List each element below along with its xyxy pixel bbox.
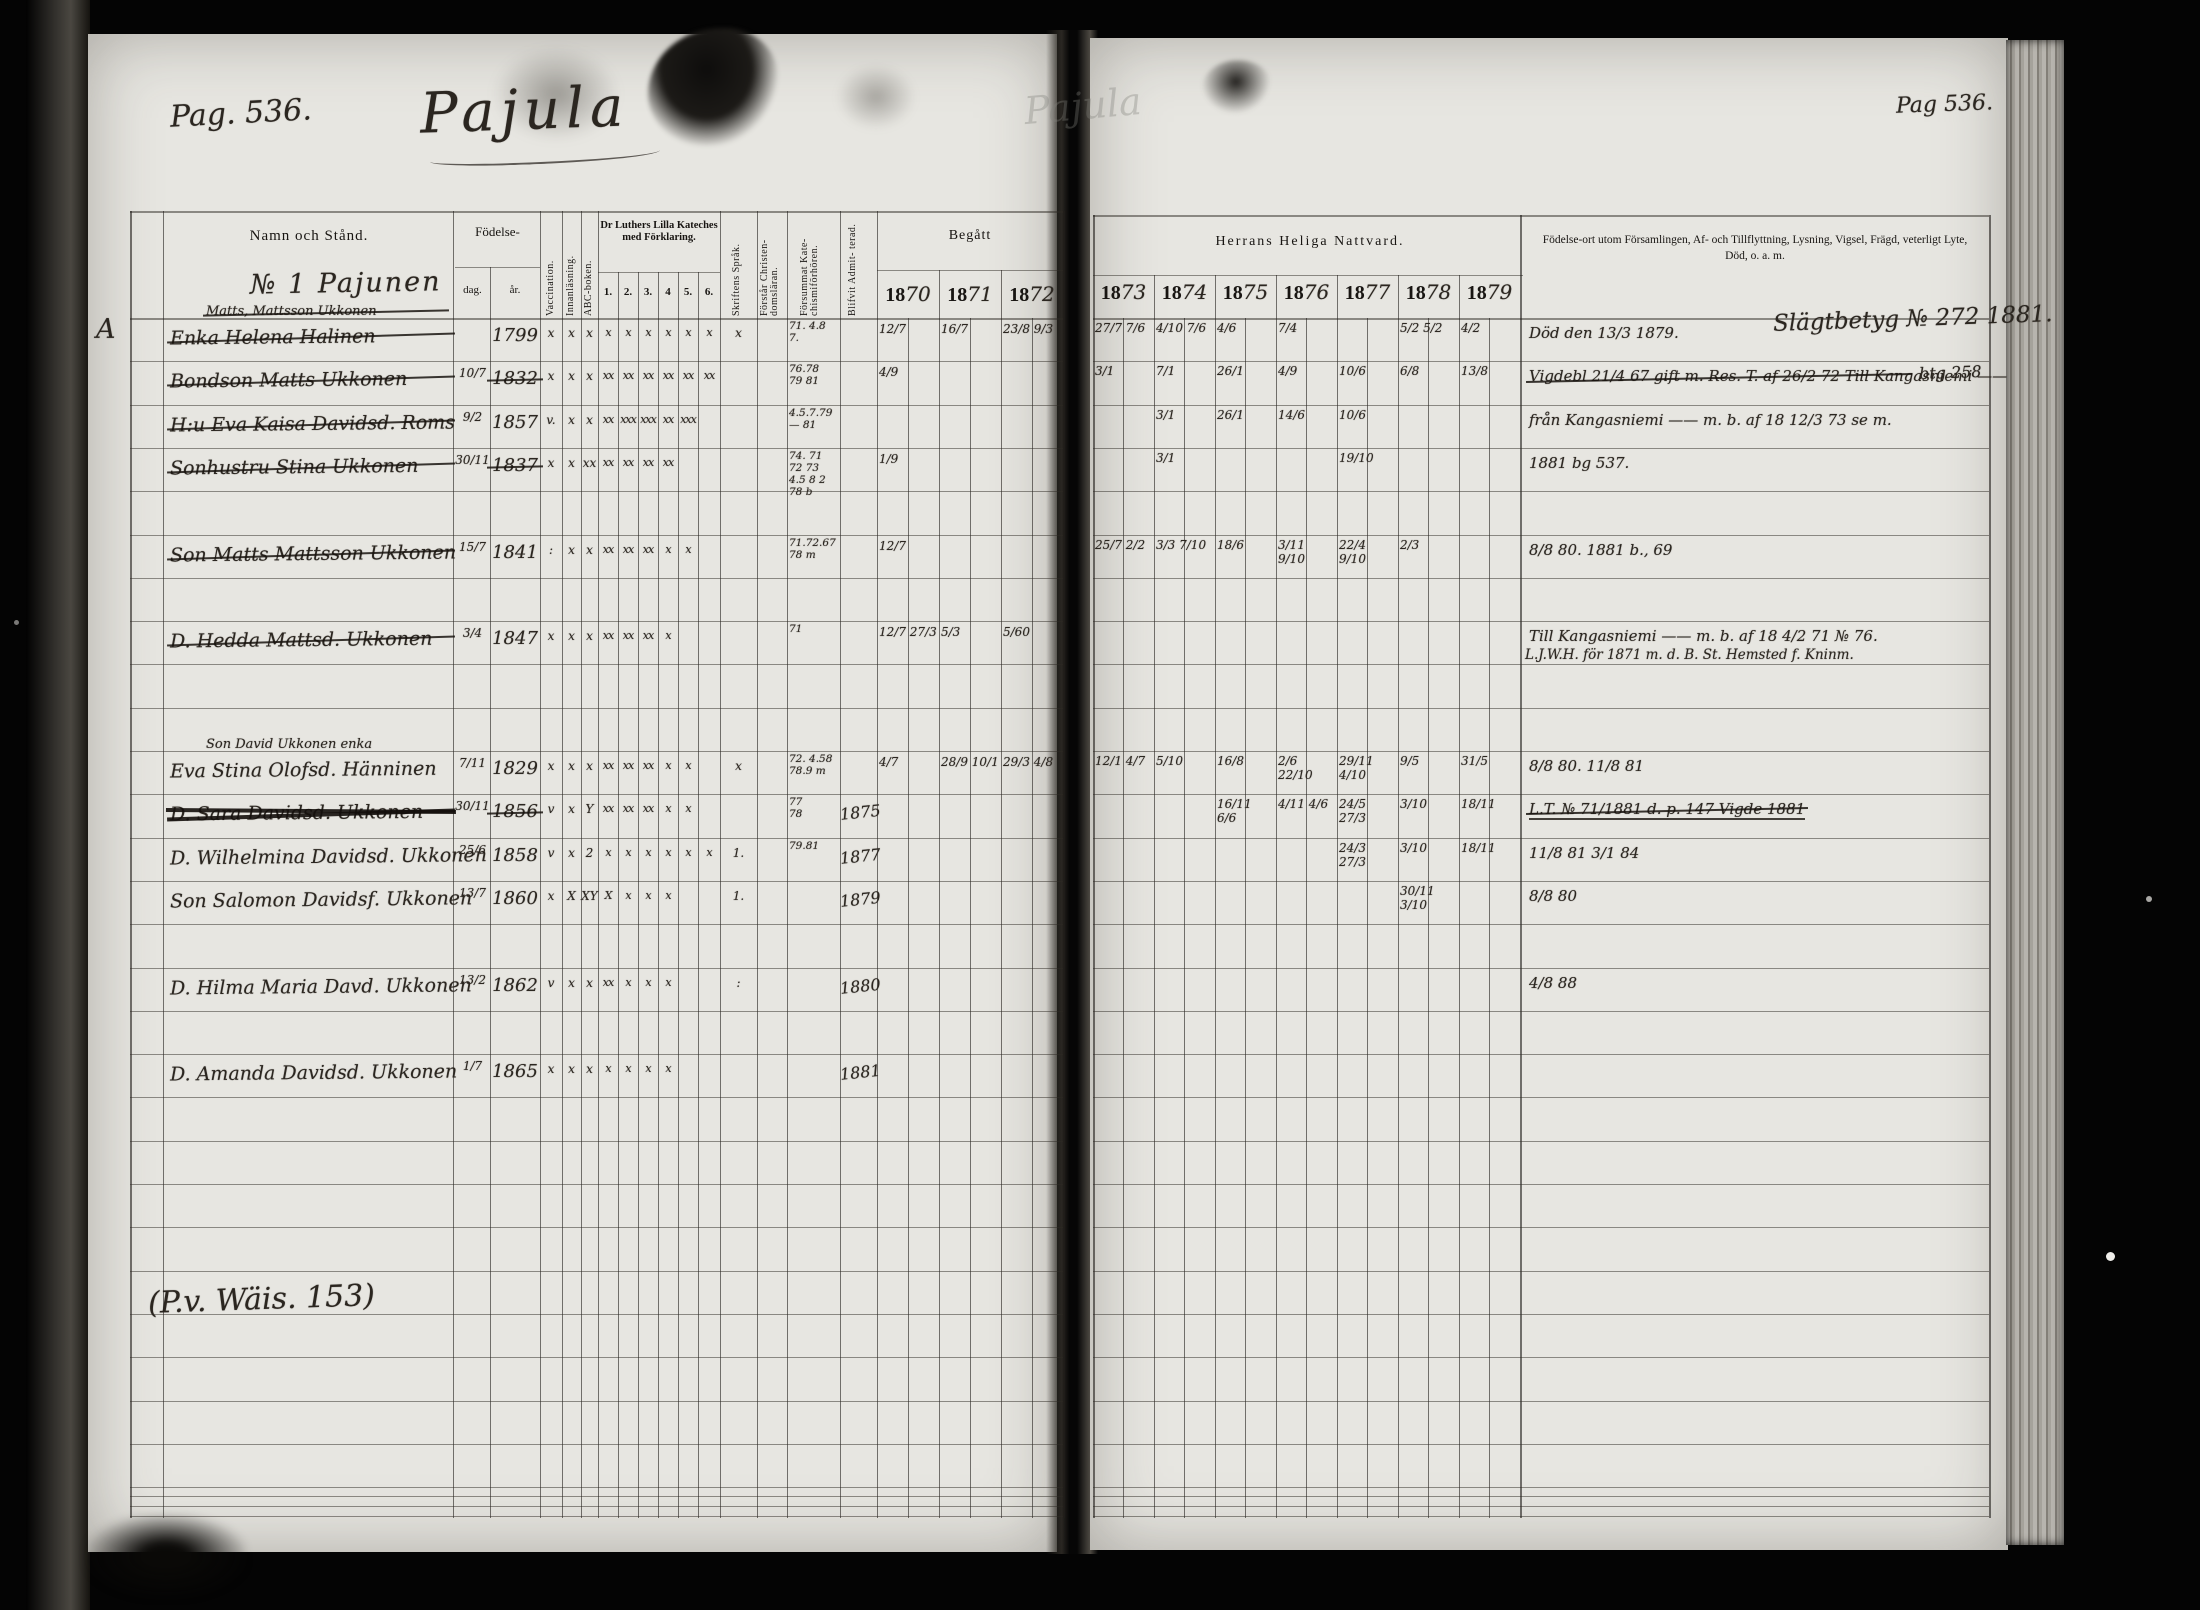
skrift-mark: : bbox=[720, 976, 757, 990]
grid-vline bbox=[130, 211, 132, 1518]
katechism-mark: xx bbox=[618, 802, 638, 815]
marginal-note: 11/8 81 3/1 84 bbox=[1529, 844, 1639, 862]
marginal-note: 8/8 80 bbox=[1529, 887, 1577, 905]
grid-hline bbox=[130, 968, 1063, 969]
abc-mark: x bbox=[581, 413, 598, 427]
katechism-mark: x bbox=[658, 889, 678, 902]
vacc-mark: x bbox=[540, 326, 562, 340]
katechism-mark: x bbox=[658, 846, 678, 859]
katechism-mark: x bbox=[658, 629, 678, 642]
innan-mark: x bbox=[562, 976, 581, 990]
year-print: 18 bbox=[1345, 282, 1365, 304]
marginal-note: Vigdebl 21/4 67 gift m. Res. T. af 26/2 … bbox=[1529, 367, 1909, 385]
grid-hline bbox=[1093, 968, 1989, 969]
vacc-mark: v. bbox=[540, 413, 562, 427]
abc-mark: xx bbox=[581, 456, 598, 470]
grid-hline bbox=[1093, 1506, 1989, 1507]
grid-vline bbox=[1398, 275, 1399, 1518]
grid-hline bbox=[130, 1271, 1063, 1272]
nattvard-date: 4/2 bbox=[1461, 321, 1518, 335]
nattvard-date: 5/10 bbox=[1156, 754, 1213, 768]
grid-vline bbox=[757, 211, 758, 1518]
begatt-date: 12/7 27/3 bbox=[879, 625, 937, 639]
begatt-date: 12/7 bbox=[879, 539, 937, 553]
header-innanlasning: Innanläsning. bbox=[566, 216, 576, 316]
marginal-note-line2: L.J.W.H. för 1871 m. d. B. St. Hemsted f… bbox=[1525, 647, 1854, 663]
birth-year: 1865 bbox=[490, 1061, 540, 1082]
nattvard-date: 10/6 bbox=[1339, 408, 1396, 422]
nattvard-date: 3/10 bbox=[1400, 797, 1457, 811]
person-name: D. Hedda Mattsd. Ukkonen bbox=[170, 628, 452, 653]
nattvard-date: 26/1 bbox=[1217, 364, 1274, 378]
katechism-mark: x bbox=[698, 326, 720, 339]
birth-year: 1832 bbox=[490, 368, 540, 389]
katechism-mark: x bbox=[618, 889, 638, 902]
group-label: № 1 Pajunen bbox=[250, 266, 442, 300]
forsummat-note: 71.72.67 78 m bbox=[789, 537, 839, 561]
birth-year: 1841 bbox=[490, 542, 540, 563]
grid-vline bbox=[1093, 215, 1095, 1518]
begatt-date: 4/9 bbox=[879, 365, 937, 379]
begatt-date: 16/7 bbox=[941, 322, 999, 336]
innan-mark: x bbox=[562, 629, 581, 643]
katechism-mark: x bbox=[598, 1062, 618, 1075]
abc-mark: x bbox=[581, 976, 598, 990]
marginal-note: 4/8 88 bbox=[1529, 974, 1577, 992]
grid-hline bbox=[130, 1496, 1063, 1497]
year-column-label: 1874 bbox=[1154, 280, 1215, 305]
innan-mark: x bbox=[562, 802, 581, 816]
grid-vline bbox=[908, 318, 909, 1518]
vacc-mark: x bbox=[540, 889, 562, 903]
grid-hline bbox=[1093, 664, 1989, 665]
grid-vline bbox=[163, 211, 164, 1518]
header-forsummat-katechismiforhoren: Försummat Kate- chismiförhören. bbox=[800, 216, 826, 316]
katechism-mark: xx bbox=[638, 759, 658, 772]
grid-vline bbox=[678, 272, 679, 1518]
nattvard-date: 9/5 bbox=[1400, 754, 1457, 768]
year-print: 18 bbox=[1284, 282, 1304, 304]
year-hand: 70 bbox=[905, 282, 930, 306]
birth-day: 10/7 bbox=[455, 366, 490, 380]
grid-hline bbox=[130, 664, 1063, 665]
grid-hline bbox=[1093, 1011, 1989, 1012]
begatt-date: 1/9 bbox=[879, 452, 937, 466]
page-stack-edge bbox=[2006, 40, 2064, 1545]
katechism-mark: xxx bbox=[678, 413, 698, 426]
grid-hline bbox=[130, 1141, 1063, 1142]
header-ar: år. bbox=[490, 284, 540, 296]
katechism-mark: xx bbox=[618, 543, 638, 556]
katechism-mark: xx bbox=[598, 759, 618, 772]
person-name: D. Sara Davidsd. Ukkonen bbox=[170, 801, 452, 826]
innan-mark: x bbox=[562, 369, 581, 383]
forsummat-note: 77 78 bbox=[789, 796, 839, 820]
grid-hline bbox=[130, 211, 1063, 213]
header-dag: dag. bbox=[455, 284, 490, 296]
katechism-mark: x bbox=[618, 846, 638, 859]
nattvard-date: 4/9 bbox=[1278, 364, 1335, 378]
vacc-mark: x bbox=[540, 1062, 562, 1076]
header-kateches: Dr Luthers Lilla Kateches med Förklaring… bbox=[600, 220, 718, 244]
abc-mark: x bbox=[581, 1062, 598, 1076]
village-title: Pajula bbox=[419, 74, 630, 146]
katechism-mark: x bbox=[678, 846, 698, 859]
person-name: Enka Helena Halinen bbox=[170, 325, 452, 350]
grid-hline bbox=[1093, 405, 1989, 406]
vacc-mark: x bbox=[540, 759, 562, 773]
innan-mark: x bbox=[562, 413, 581, 427]
forsummat-note: 71 bbox=[789, 623, 839, 635]
year-print: 18 bbox=[885, 284, 905, 306]
grid-hline bbox=[1093, 838, 1989, 839]
begatt-date: 5/60 bbox=[1003, 625, 1061, 639]
grid-hline bbox=[1093, 1227, 1989, 1228]
grid-vline bbox=[1337, 275, 1338, 1518]
marginal-note: 8/8 80. 11/8 81 bbox=[1529, 757, 1644, 775]
grid-hline bbox=[1093, 751, 1989, 752]
begatt-date: 29/3 4/8 bbox=[1003, 755, 1061, 769]
katechism-mark: x bbox=[638, 326, 658, 339]
marginal-note: 1881 bg 537. bbox=[1529, 454, 1629, 472]
grid-hline bbox=[130, 924, 1063, 925]
grid-vline bbox=[1245, 318, 1246, 1518]
nattvard-date: 22/4 9/10 bbox=[1339, 538, 1396, 566]
year-print: 18 bbox=[947, 284, 967, 306]
speck bbox=[2106, 1252, 2115, 1261]
grid-hline bbox=[1093, 1271, 1989, 1272]
begatt-date: 12/7 bbox=[879, 322, 937, 336]
person-name: Eva Stina Olofsd. Hänninen bbox=[170, 758, 452, 783]
katechism-mark: xx bbox=[598, 543, 618, 556]
nattvard-date: 16/11 6/6 bbox=[1217, 797, 1274, 825]
forsummat-note: 79.81 bbox=[789, 840, 839, 852]
person-name: H:u Eva Kaisa Davidsd. Roms bbox=[170, 411, 452, 436]
nattvard-date: 26/1 bbox=[1217, 408, 1274, 422]
nattvard-date: 19/10 bbox=[1339, 451, 1396, 465]
year-hand: 74 bbox=[1182, 280, 1207, 304]
grid-hline bbox=[1093, 881, 1989, 882]
kateches-col-label: 4 bbox=[658, 286, 678, 298]
abc-mark: x bbox=[581, 629, 598, 643]
birth-day: 30/11 bbox=[455, 799, 490, 813]
nattvard-date: 13/8 bbox=[1461, 364, 1518, 378]
birth-year: 1858 bbox=[490, 845, 540, 866]
grid-hline bbox=[130, 1184, 1063, 1185]
katechism-mark: xx bbox=[658, 413, 678, 426]
abc-mark: XY bbox=[581, 889, 598, 903]
grid-vline bbox=[562, 211, 563, 1518]
birth-day: 25/6 bbox=[455, 843, 490, 857]
year-print: 18 bbox=[1162, 282, 1182, 304]
grid-hline bbox=[130, 1516, 1063, 1517]
nattvard-date: 7/1 bbox=[1156, 364, 1213, 378]
grid-vline bbox=[877, 211, 878, 1518]
header-skriftens-sprak: Skriftens Språk. bbox=[732, 216, 742, 316]
innan-mark: x bbox=[562, 759, 581, 773]
katechism-mark: x bbox=[638, 976, 658, 989]
nattvard-date: 31/5 bbox=[1461, 754, 1518, 768]
header-herrans-heliga-nattvard: Herrans Heliga Nattvard. bbox=[1120, 234, 1500, 250]
kateches-col-label: 2. bbox=[618, 286, 638, 298]
grid-hline bbox=[1093, 535, 1989, 536]
nattvard-date: 12/1 4/7 bbox=[1095, 754, 1152, 768]
grid-hline bbox=[130, 1506, 1063, 1507]
katechism-mark: xx bbox=[618, 629, 638, 642]
birth-year: 1856 bbox=[490, 801, 540, 822]
left-page-number: Pag. 536. bbox=[169, 92, 312, 134]
katechism-mark: xx bbox=[658, 369, 678, 382]
year-column-label: 1871 bbox=[939, 282, 1001, 307]
grid-vline bbox=[1989, 215, 1991, 1518]
name-above: Son David Ukkonen enka bbox=[206, 737, 446, 752]
nattvard-date: 3/10 bbox=[1400, 841, 1457, 855]
skrift-mark: 1. bbox=[720, 846, 757, 860]
grid-hline bbox=[130, 1401, 1063, 1402]
katechism-mark: x bbox=[658, 802, 678, 815]
katechism-mark: xx bbox=[678, 369, 698, 382]
nattvard-date: 29/11 4/10 bbox=[1339, 754, 1396, 782]
name-above: Matts, Mattsson Ukkonen bbox=[206, 304, 446, 319]
marginal-note: från Kangasniemi —— m. b. af 18 12/3 73 … bbox=[1529, 411, 1892, 429]
year-print: 18 bbox=[1101, 282, 1121, 304]
katechism-mark: xx bbox=[638, 369, 658, 382]
year-hand: 73 bbox=[1121, 280, 1146, 304]
katechism-mark: xx bbox=[618, 456, 638, 469]
grid-hline bbox=[1093, 708, 1989, 709]
katechism-mark: xx bbox=[598, 629, 618, 642]
skrift-mark: x bbox=[720, 326, 757, 340]
vacc-mark: : bbox=[540, 543, 562, 557]
katechism-mark: x bbox=[618, 976, 638, 989]
year-column-label: 1877 bbox=[1337, 280, 1398, 305]
grid-hline bbox=[130, 1054, 1063, 1055]
grid-vline bbox=[698, 272, 699, 1518]
admitted-year: 1877 bbox=[839, 845, 878, 868]
vacc-mark: x bbox=[540, 369, 562, 383]
year-hand: 77 bbox=[1365, 280, 1390, 304]
grid-vline bbox=[1428, 318, 1429, 1518]
forsummat-note: 4.5.7.79 — 81 bbox=[789, 407, 839, 431]
photograph-of-parish-register: Pag. 536. Pajula Pag 536. Pajula Namn oc… bbox=[0, 0, 2200, 1610]
header-vaccination: Vaccination. bbox=[546, 216, 556, 316]
grid-vline bbox=[1276, 275, 1277, 1518]
katechism-mark: x bbox=[678, 326, 698, 339]
year-print: 18 bbox=[1223, 282, 1243, 304]
katechism-mark: x bbox=[658, 326, 678, 339]
begatt-date: 5/3 bbox=[941, 625, 999, 639]
grid-hline bbox=[130, 1011, 1063, 1012]
grid-hline bbox=[1093, 361, 1989, 362]
vacc-mark: x bbox=[540, 629, 562, 643]
grid-hline bbox=[1093, 491, 1989, 492]
header-notes-column: Födelse-ort utom Församlingen, Af- och T… bbox=[1540, 232, 1970, 264]
right-page-number: Pag 536. bbox=[1896, 90, 1994, 118]
katechism-mark: x bbox=[658, 976, 678, 989]
person-name: Son Matts Mattsson Ukkonen bbox=[170, 541, 452, 566]
year-column-label: 1878 bbox=[1398, 280, 1459, 305]
katechism-mark: xx bbox=[598, 413, 618, 426]
nattvard-date: 7/4 bbox=[1278, 321, 1335, 335]
grid-hline bbox=[1093, 621, 1989, 622]
birth-year: 1847 bbox=[490, 628, 540, 649]
person-name: D. Amanda Davidsd. Ukkonen bbox=[170, 1061, 452, 1086]
grid-hline bbox=[1093, 1314, 1989, 1315]
innan-mark: x bbox=[562, 1062, 581, 1076]
nattvard-date: 4/6 bbox=[1217, 321, 1274, 335]
grid-hline bbox=[130, 1357, 1063, 1358]
nattvard-date: 30/11 3/10 bbox=[1400, 884, 1457, 912]
kateches-col-label: 6. bbox=[698, 286, 720, 298]
grid-hline bbox=[130, 794, 1063, 795]
grid-hline bbox=[130, 405, 1063, 406]
grid-vline bbox=[787, 211, 788, 1518]
year-print: 18 bbox=[1406, 282, 1426, 304]
grid-hline bbox=[1093, 1496, 1989, 1497]
vacc-mark: v bbox=[540, 846, 562, 860]
year-column-label: 1875 bbox=[1215, 280, 1276, 305]
grid-hline bbox=[1093, 1184, 1989, 1185]
innan-mark: x bbox=[562, 326, 581, 340]
grid-vline bbox=[598, 211, 599, 1518]
grid-hline bbox=[1093, 215, 1989, 217]
skrift-mark: 1. bbox=[720, 889, 757, 903]
birth-year: 1829 bbox=[490, 758, 540, 779]
nattvard-date: 27/7 7/6 bbox=[1095, 321, 1152, 335]
katechism-mark: x bbox=[658, 759, 678, 772]
grid-hline bbox=[130, 578, 1063, 579]
grid-vline bbox=[581, 211, 582, 1518]
birth-day: 1/7 bbox=[455, 1059, 490, 1073]
katechism-mark: X bbox=[598, 889, 618, 902]
header-forstar-christendomslaran: Förstår Christen- domsläran. bbox=[760, 216, 786, 316]
abc-mark: 2 bbox=[581, 846, 598, 860]
abc-mark: x bbox=[581, 543, 598, 557]
grid-hline bbox=[1093, 924, 1989, 925]
year-column-label: 1879 bbox=[1459, 280, 1520, 305]
katechism-mark: xx bbox=[638, 456, 658, 469]
nattvard-date: 4/10 7/6 bbox=[1156, 321, 1213, 335]
grid-vline bbox=[1489, 318, 1490, 1518]
nattvard-date: 24/5 27/3 bbox=[1339, 797, 1396, 825]
grid-vline bbox=[1154, 275, 1155, 1518]
vacc-mark: x bbox=[540, 456, 562, 470]
grid-hline bbox=[1093, 1054, 1989, 1055]
abc-mark: x bbox=[581, 369, 598, 383]
nattvard-date: 3/1 bbox=[1095, 364, 1152, 378]
begatt-date: 4/7 bbox=[879, 755, 937, 769]
katechism-mark: x bbox=[678, 759, 698, 772]
marginal-note: Död den 13/3 1879. bbox=[1529, 324, 1679, 342]
row-margin-mark: A bbox=[96, 314, 116, 345]
katechism-mark: xx bbox=[638, 802, 658, 815]
grid-hline bbox=[1093, 448, 1989, 449]
grid-hline bbox=[130, 838, 1063, 839]
year-print: 18 bbox=[1467, 282, 1487, 304]
grid-vline bbox=[1459, 275, 1460, 1518]
katechism-mark: xxx bbox=[618, 413, 638, 426]
abc-mark: x bbox=[581, 759, 598, 773]
person-name: Son Salomon Davidsf. Ukkonen bbox=[170, 887, 452, 912]
header-abc-boken: ABC-boken. bbox=[584, 216, 594, 316]
grid-hline bbox=[130, 1487, 1063, 1488]
marginal-note: L.T. № 71/1881 d. p. 147 Vigde 1881 bbox=[1529, 800, 1805, 820]
nattvard-date: 2/6 22/10 bbox=[1278, 754, 1335, 782]
katechism-mark: x bbox=[638, 889, 658, 902]
birth-day: 13/2 bbox=[455, 973, 490, 987]
birth-day: 15/7 bbox=[455, 540, 490, 554]
year-hand: 72 bbox=[1029, 282, 1054, 306]
katechism-mark: x bbox=[678, 543, 698, 556]
katechism-mark: xx bbox=[638, 629, 658, 642]
marginal-note: 8/8 80. 1881 b., 69 bbox=[1529, 541, 1672, 559]
katechism-mark: xx bbox=[618, 759, 638, 772]
grid-vline bbox=[1520, 215, 1522, 1518]
kateches-col-label: 5. bbox=[678, 286, 698, 298]
begatt-date: 28/9 10/1 bbox=[941, 755, 999, 769]
grid-hline bbox=[1093, 1401, 1989, 1402]
grid-vline bbox=[540, 211, 541, 1518]
grid-hline bbox=[130, 448, 1063, 449]
year-column-label: 1872 bbox=[1001, 282, 1063, 307]
year-column-label: 1873 bbox=[1093, 280, 1154, 305]
grid-hline bbox=[130, 708, 1063, 709]
person-name: Bondson Matts Ukkonen bbox=[170, 368, 452, 393]
grid-hline bbox=[130, 1227, 1063, 1228]
grid-vline bbox=[939, 270, 940, 1518]
header-blifvit-admitterad: Blifvit Admit- terad. bbox=[848, 216, 872, 316]
header-namn-och-stand: Namn och Stånd. bbox=[166, 228, 452, 245]
nattvard-date: 18/11 bbox=[1461, 841, 1518, 855]
year-print: 18 bbox=[1009, 284, 1029, 306]
grid-hline bbox=[130, 535, 1063, 536]
katechism-mark: xx bbox=[598, 369, 618, 382]
katechism-mark: x bbox=[618, 326, 638, 339]
year-column-label: 1870 bbox=[877, 282, 939, 307]
katechism-mark: x bbox=[698, 846, 720, 859]
nattvard-date: 10/6 bbox=[1339, 364, 1396, 378]
katechism-mark: x bbox=[598, 326, 618, 339]
birth-year: 1862 bbox=[490, 975, 540, 996]
katechism-mark: x bbox=[678, 802, 698, 815]
birth-day: 7/11 bbox=[455, 756, 490, 770]
grid-hline bbox=[130, 491, 1063, 492]
innan-mark: X bbox=[562, 889, 581, 903]
nattvard-date: 14/6 bbox=[1278, 408, 1335, 422]
grid-hline bbox=[130, 1097, 1063, 1098]
grid-vline bbox=[1063, 211, 1065, 1518]
forsummat-note: 74. 71 72 73 4.5 8 2 78 b bbox=[789, 450, 839, 498]
nattvard-date: 4/11 4/6 bbox=[1278, 797, 1335, 811]
katechism-mark: xx bbox=[638, 543, 658, 556]
grid-hline bbox=[130, 881, 1063, 882]
katechism-mark: xxx bbox=[638, 413, 658, 426]
skrift-mark: x bbox=[720, 759, 757, 773]
nattvard-date: 18/11 bbox=[1461, 797, 1518, 811]
year-hand: 78 bbox=[1426, 280, 1451, 304]
birth-year: 1837 bbox=[490, 455, 540, 476]
person-name: D. Wilhelmina Davidsd. Ukkonen bbox=[170, 844, 452, 869]
vacc-mark: v bbox=[540, 802, 562, 816]
nattvard-date: 24/3 27/3 bbox=[1339, 841, 1396, 869]
grid-hline bbox=[130, 361, 1063, 362]
katechism-mark: x bbox=[658, 1062, 678, 1075]
admitted-year: 1879 bbox=[839, 888, 878, 911]
person-name: Sonhustru Stina Ukkonen bbox=[170, 454, 452, 479]
admitted-year: 1880 bbox=[839, 975, 878, 998]
grid-hline bbox=[598, 272, 720, 273]
katechism-mark: x bbox=[638, 846, 658, 859]
